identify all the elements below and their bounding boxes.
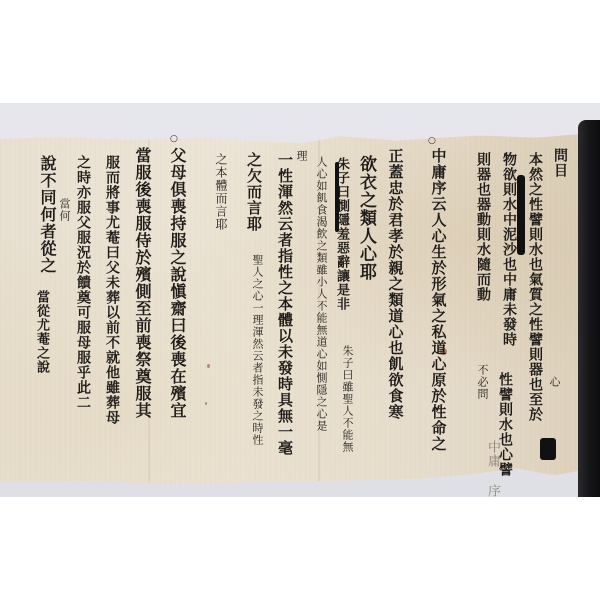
ink-stain xyxy=(207,364,210,368)
text-column: 正蓋忠於君孝於親之類道心也飢欲食寒 xyxy=(386,148,404,420)
circle-marker: ○ xyxy=(428,136,436,146)
text-column: 中庸序云人心生於形氣之私道心原於性命之 xyxy=(430,148,446,452)
text-column: 說不同何者從之 xyxy=(38,155,56,274)
column-annotation: 不必問 xyxy=(476,364,488,400)
text-column: 人心如飢食渴飲之類雖小人不能無道心如惻隱之心是 xyxy=(314,156,328,432)
ink-strikethrough xyxy=(335,162,339,232)
text-column: 之時亦服父服況於饋奠可服母服乎此二 xyxy=(75,155,91,410)
text-column: 服而將事尤菴曰父未葬以前不就他雖葬母 xyxy=(104,155,119,425)
manuscript-heading: 問目 xyxy=(552,148,568,178)
text-column: 之本體而言耶 xyxy=(213,153,228,231)
text-column: 一性渾然云者指性之本體以未發時具無一毫 xyxy=(276,152,293,456)
column-annotation: 理 xyxy=(295,150,307,162)
column-annotation: 朱子曰雖聖人不能無 xyxy=(340,345,354,453)
scroll-roller xyxy=(578,120,600,497)
text-column: 當從尤菴之說 xyxy=(34,290,48,374)
circle-marker: ○ xyxy=(170,134,178,144)
text-column: 欲衣之類人心耶 xyxy=(355,155,376,281)
pencil-annotation: 中庸 序 xyxy=(486,440,498,498)
text-column: 當服後喪服侍於殯側至前喪祭奠服其 xyxy=(133,147,151,419)
text-column: 則器也器動則水隨而動 xyxy=(474,152,492,302)
text-column: 物欲則水中泥沙也中庸未發時 xyxy=(500,152,518,347)
text-column: 之欠而言耶 xyxy=(245,152,262,232)
column-annotation: 心 xyxy=(548,376,560,388)
ink-blot xyxy=(540,438,556,460)
ink-strikethrough xyxy=(517,175,525,255)
column-annotation: 當何 xyxy=(58,198,70,222)
column-annotation: 聖人之心一理渾然云者指未發之時性 xyxy=(250,254,264,446)
text-column: 本然之性譬則水也氣質之性譬則器也至於 xyxy=(526,152,544,422)
ink-stain xyxy=(205,402,207,405)
text-column: 父母俱喪持服之說愼齋曰後喪在殯宜 xyxy=(168,147,186,419)
